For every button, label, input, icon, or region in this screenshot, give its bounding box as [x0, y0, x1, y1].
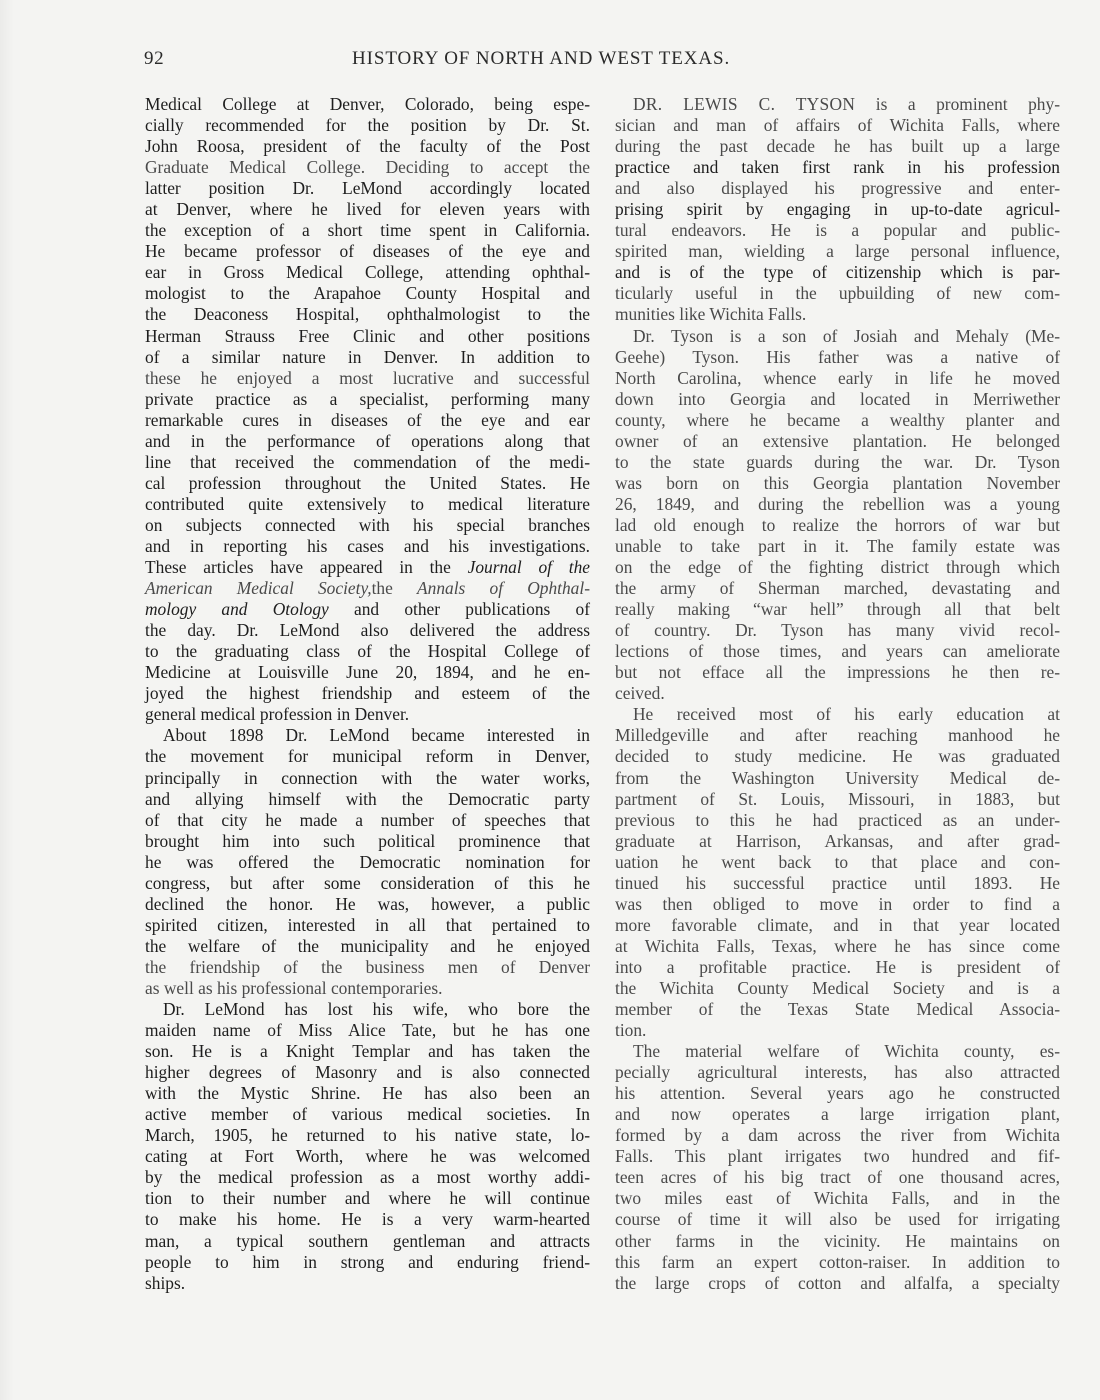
- journal-title: Annals of Ophthal-: [417, 578, 590, 598]
- text-line: tinued his successful practice until 189…: [615, 873, 1060, 894]
- text-line: remarkable cures in diseases of the eye …: [145, 410, 590, 431]
- text-line: higher degrees of Masonry and is also co…: [145, 1062, 590, 1083]
- text-line: of that city he made a number of speeche…: [145, 810, 590, 831]
- text-line: maiden name of Miss Alice Tate, but he h…: [145, 1020, 590, 1041]
- text-line: son. He is a Knight Templar and has take…: [145, 1041, 590, 1062]
- text-line: the large crops of cotton and alfalfa, a…: [615, 1273, 1060, 1294]
- text-line: practice and taken first rank in his pro…: [615, 157, 1060, 178]
- text-line: ear in Gross Medical College, attending …: [145, 262, 590, 283]
- text-line: other farms in the vicinity. He maintain…: [615, 1231, 1060, 1252]
- text-line: on subjects connected with his special b…: [145, 515, 590, 536]
- text-line: teen acres of his big tract of one thous…: [615, 1167, 1060, 1188]
- text-line: the Deaconess Hospital, ophthalmologist …: [145, 304, 590, 325]
- text-line: DR. LEWIS C. TYSON is a prominent phy-: [615, 94, 1060, 115]
- page-number: 92: [144, 48, 164, 70]
- text-line: North Carolina, whence early in life he …: [615, 368, 1060, 389]
- text-line: munities like Wichita Falls.: [615, 304, 1060, 325]
- paragraph-lemond-career: Medical College at Denver, Colorado, bei…: [145, 94, 590, 557]
- text-line: to make his home. He is a very warm-hear…: [145, 1209, 590, 1230]
- text-line: spirited citizen, interested in all that…: [145, 915, 590, 936]
- text-line: uation he went back to that place and co…: [615, 852, 1060, 873]
- paragraph-lemond-family: Dr. LeMond has lost his wife, who bore t…: [145, 999, 590, 1294]
- journal-title: American Medical Society,: [145, 578, 372, 598]
- text-line: man, a typical southern gentleman and at…: [145, 1231, 590, 1252]
- text-line: as well as his professional contemporari…: [145, 978, 590, 999]
- left-column: Medical College at Denver, Colorado, bei…: [145, 94, 590, 1294]
- text-line: member of the Texas State Medical Associ…: [615, 999, 1060, 1020]
- text-line: line that received the commendation of t…: [145, 452, 590, 473]
- text-line: cal profession throughout the United Sta…: [145, 473, 590, 494]
- paragraph-tyson-family: Dr. Tyson is a son of Josiah and Mehaly …: [615, 326, 1060, 705]
- text-line: ships.: [145, 1273, 590, 1294]
- text-line: and allying himself with the Democratic …: [145, 789, 590, 810]
- text-line: ticularly useful in the upbuilding of ne…: [615, 283, 1060, 304]
- text-fragment: These articles have appeared in the: [145, 557, 468, 577]
- text-line: The material welfare of Wichita county, …: [615, 1041, 1060, 1062]
- text-line: ceived.: [615, 683, 1060, 704]
- text-line: declined the honor. He was, however, a p…: [145, 894, 590, 915]
- biography-name-heading: DR. LEWIS C. TYSON: [633, 94, 855, 114]
- text-line: the friendship of the business men of De…: [145, 957, 590, 978]
- text-line: during the past decade he has built up a…: [615, 136, 1060, 157]
- text-line: to the state guards during the war. Dr. …: [615, 452, 1060, 473]
- text-line: American Medical Society,the Annals of O…: [145, 578, 590, 599]
- journal-title: mology and Otology: [145, 599, 329, 619]
- text-line: decided to study medicine. He was gradua…: [615, 746, 1060, 767]
- text-line: Milledgeville and after reaching manhood…: [615, 725, 1060, 746]
- text-line: people to him in strong and enduring fri…: [145, 1252, 590, 1273]
- text-line: active member of various medical societi…: [145, 1104, 590, 1125]
- text-line: mology and Otology and other publication…: [145, 599, 590, 620]
- running-title: HISTORY OF NORTH AND WEST TEXAS.: [352, 48, 730, 70]
- text-line: by the medical profession as a most wort…: [145, 1167, 590, 1188]
- text-line: tion to their number and where he will c…: [145, 1188, 590, 1209]
- paragraph-lemond-publications: These articles have appeared in the Jour…: [145, 557, 590, 725]
- text-line: formed by a dam across the river from Wi…: [615, 1125, 1060, 1146]
- text-line: 26, 1849, and during the rebellion was a…: [615, 494, 1060, 515]
- text-line: with the Mystic Shrine. He has also been…: [145, 1083, 590, 1104]
- text-line: was born on this Georgia plantation Nove…: [615, 473, 1060, 494]
- text-line: tural endeavors. He is a popular and pub…: [615, 220, 1060, 241]
- text-line: lad old enough to realize the horrors of…: [615, 515, 1060, 536]
- text-line: tion.: [615, 1020, 1060, 1041]
- text-line: to the graduating class of the Hospital …: [145, 641, 590, 662]
- text-line: Falls. This plant irrigates two hundred …: [615, 1146, 1060, 1167]
- running-head: 92 HISTORY OF NORTH AND WEST TEXAS.: [144, 48, 864, 72]
- text-line: previous to this he had practiced as an …: [615, 810, 1060, 831]
- text-line: of country. Dr. Tyson has many vivid rec…: [615, 620, 1060, 641]
- text-line: general medical profession in Denver.: [145, 704, 590, 725]
- text-line: and in reporting his cases and his inves…: [145, 536, 590, 557]
- text-line: the exception of a short time spent in C…: [145, 220, 590, 241]
- text-line: the movement for municipal reform in Den…: [145, 746, 590, 767]
- text-line: spirited man, wielding a large personal …: [615, 241, 1060, 262]
- text-line: He became professor of diseases of the e…: [145, 241, 590, 262]
- text-line: the welfare of the municipality and he e…: [145, 936, 590, 957]
- text-line: latter position Dr. LeMond accordingly l…: [145, 178, 590, 199]
- text-line: was then obliged to move in order to fin…: [615, 894, 1060, 915]
- text-line: the Wichita County Medical Society and i…: [615, 978, 1060, 999]
- text-line: These articles have appeared in the Jour…: [145, 557, 590, 578]
- right-column: DR. LEWIS C. TYSON is a prominent phy- s…: [615, 94, 1060, 1294]
- text-line: really making “war hell” through all tha…: [615, 599, 1060, 620]
- text-line: congress, but after some consideration o…: [145, 873, 590, 894]
- text-line: two miles east of Wichita Falls, and in …: [615, 1188, 1060, 1209]
- paragraph-lemond-politics: About 1898 Dr. LeMond became interested …: [145, 725, 590, 999]
- text-line: private practice as a specialist, perfor…: [145, 389, 590, 410]
- text-line: sician and man of affairs of Wichita Fal…: [615, 115, 1060, 136]
- text-line: and also displayed his progressive and e…: [615, 178, 1060, 199]
- text-line: John Roosa, president of the faculty of …: [145, 136, 590, 157]
- text-fragment: the: [372, 578, 417, 598]
- text-line: lections of those times, and years can a…: [615, 641, 1060, 662]
- text-line: Medicine at Louisville June 20, 1894, an…: [145, 662, 590, 683]
- text-line: contributed quite extensively to medical…: [145, 494, 590, 515]
- text-line: joyed the highest friendship and esteem …: [145, 683, 590, 704]
- text-line: unable to take part in it. The family es…: [615, 536, 1060, 557]
- text-line: the day. Dr. LeMond also delivered the a…: [145, 620, 590, 641]
- text-line: and in the performance of operations alo…: [145, 431, 590, 452]
- text-line: owner of an extensive plantation. He bel…: [615, 431, 1060, 452]
- text-line: of a similar nature in Denver. In additi…: [145, 347, 590, 368]
- text-line: prising spirit by engaging in up-to-date…: [615, 199, 1060, 220]
- text-line: at Wichita Falls, Texas, where he has si…: [615, 936, 1060, 957]
- text-line: more favorable climate, and in that year…: [615, 915, 1060, 936]
- text-line: March, 1905, he returned to his native s…: [145, 1125, 590, 1146]
- text-line: cating at Fort Worth, where he was welco…: [145, 1146, 590, 1167]
- text-line: his attention. Several years ago he cons…: [615, 1083, 1060, 1104]
- text-line: Medical College at Denver, Colorado, bei…: [145, 94, 590, 115]
- text-line: Dr. Tyson is a son of Josiah and Mehaly …: [615, 326, 1060, 347]
- paragraph-tyson-irrigation: The material welfare of Wichita county, …: [615, 1041, 1060, 1294]
- text-line: he was offered the Democratic nomination…: [145, 852, 590, 873]
- text-line: and now operates a large irrigation plan…: [615, 1104, 1060, 1125]
- text-line: Dr. LeMond has lost his wife, who bore t…: [145, 999, 590, 1020]
- text-line: into a profitable practice. He is presid…: [615, 957, 1060, 978]
- text-line: the army of Sherman marched, devastating…: [615, 578, 1060, 599]
- text-line: and is of the type of citizenship which …: [615, 262, 1060, 283]
- text-line: Geehe) Tyson. His father was a native of: [615, 347, 1060, 368]
- text-line: but not efface all the impressions he th…: [615, 662, 1060, 683]
- text-line: pecially agricultural interests, has als…: [615, 1062, 1060, 1083]
- text-line: on the edge of the fighting district thr…: [615, 557, 1060, 578]
- book-page: 92 HISTORY OF NORTH AND WEST TEXAS. Medi…: [0, 0, 1100, 1400]
- text-fragment: and other publications of: [329, 599, 590, 619]
- text-line: this farm an expert cotton-raiser. In ad…: [615, 1252, 1060, 1273]
- text-line: at Denver, where he lived for eleven yea…: [145, 199, 590, 220]
- paragraph-tyson-intro: DR. LEWIS C. TYSON is a prominent phy- s…: [615, 94, 1060, 326]
- text-line: brought him into such political prominen…: [145, 831, 590, 852]
- text-line: these he enjoyed a most lucrative and su…: [145, 368, 590, 389]
- text-fragment: is a prominent phy-: [855, 94, 1060, 114]
- text-line: Herman Strauss Free Clinic and other pos…: [145, 326, 590, 347]
- text-line: mologist to the Arapahoe County Hospital…: [145, 283, 590, 304]
- text-line: cially recommended for the position by D…: [145, 115, 590, 136]
- text-line: About 1898 Dr. LeMond became interested …: [145, 725, 590, 746]
- text-line: course of time it will also be used for …: [615, 1209, 1060, 1230]
- text-line: Graduate Medical College. Deciding to ac…: [145, 157, 590, 178]
- text-line: from the Washington University Medical d…: [615, 768, 1060, 789]
- text-line: graduate at Harrison, Arkansas, and afte…: [615, 831, 1060, 852]
- text-line: partment of St. Louis, Missouri, in 1883…: [615, 789, 1060, 810]
- paragraph-tyson-education: He received most of his early education …: [615, 704, 1060, 1041]
- text-line: down into Georgia and located in Merriwe…: [615, 389, 1060, 410]
- text-line: He received most of his early education …: [615, 704, 1060, 725]
- text-line: principally in connection with the water…: [145, 768, 590, 789]
- text-line: county, where he became a wealthy plante…: [615, 410, 1060, 431]
- journal-title: Journal of the: [468, 557, 590, 577]
